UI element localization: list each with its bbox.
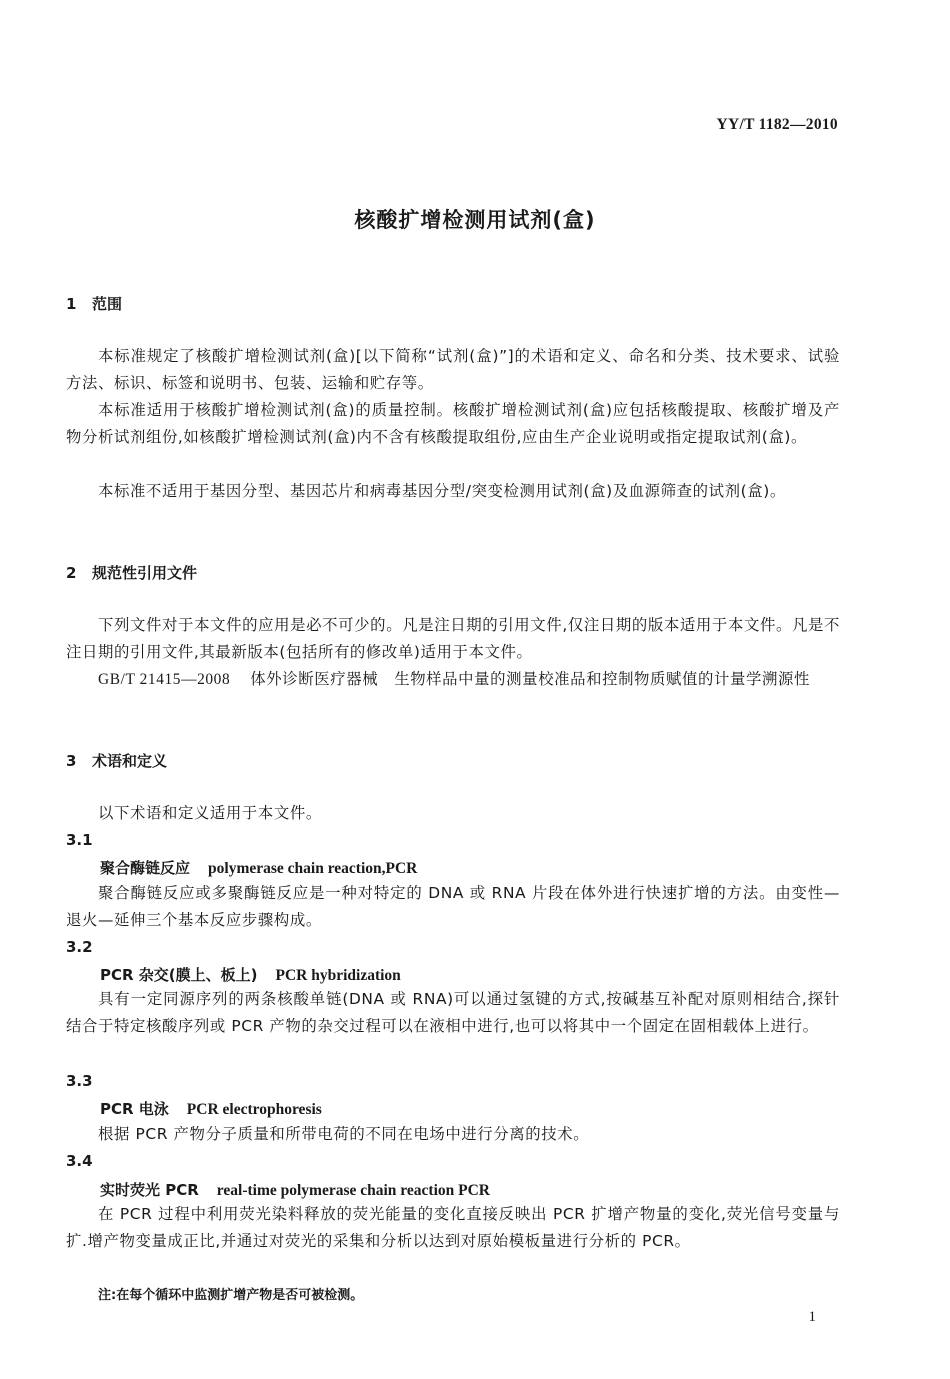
term-heading: 实时荧光 PCRreal-time polymerase chain react… — [66, 1179, 874, 1200]
document-title: 核酸扩增检测用试剂(盒) — [0, 204, 950, 234]
reference-code: GB/T 21415—2008 — [98, 671, 230, 688]
term-en: real-time polymerase chain reaction PCR — [217, 1182, 490, 1199]
term-heading: PCR 杂交(膜上、板上)PCR hybridization — [66, 964, 874, 985]
section-number: 2 — [66, 564, 92, 582]
scope-paragraph-3: 本标准不适用于基因分型、基因芯片和病毒基因分型/突变检测用试剂(盒)及血源筛查的… — [66, 478, 840, 505]
term-zh: PCR 杂交(膜上、板上) — [100, 966, 258, 984]
clause-number: 3.1 — [66, 831, 840, 849]
term-definition: 根据 PCR 产物分子质量和所带电荷的不同在电场中进行分离的技术。 — [66, 1121, 840, 1148]
terms-intro: 以下术语和定义适用于本文件。 — [66, 800, 840, 827]
section-2-heading: 2规范性引用文件 — [66, 562, 840, 583]
normative-references-paragraph: 下列文件对于本文件的应用是必不可少的。凡是注日期的引用文件,仅注日期的版本适用于… — [66, 612, 840, 666]
section-number: 1 — [66, 295, 92, 313]
term-zh: PCR 电泳 — [100, 1100, 169, 1118]
term-zh: 聚合酶链反应 — [100, 859, 190, 877]
section-title: 术语和定义 — [92, 752, 167, 770]
document-page: YY/T 1182—2010 核酸扩增检测用试剂(盒) 1范围 本标准规定了核酸… — [0, 0, 950, 1379]
section-1-heading: 1范围 — [66, 293, 840, 314]
term-en: PCR hybridization — [276, 967, 401, 984]
clause-number: 3.3 — [66, 1072, 840, 1090]
scope-paragraph-2: 本标准适用于核酸扩增检测试剂(盒)的质量控制。核酸扩增检测试剂(盒)应包括核酸提… — [66, 397, 840, 451]
section-3-heading: 3术语和定义 — [66, 750, 840, 771]
section-number: 3 — [66, 752, 92, 770]
term-definition: 聚合酶链反应或多聚酶链反应是一种对特定的 DNA 或 RNA 片段在体外进行快速… — [66, 880, 840, 934]
page-number: 1 — [809, 1309, 817, 1326]
term-zh: 实时荧光 PCR — [100, 1181, 199, 1199]
reference-title: 体外诊断医疗器械 生物样品中量的测量校准品和控制物质赋值的计量学溯源性 — [250, 670, 810, 688]
term-heading: PCR 电泳PCR electrophoresis — [66, 1098, 874, 1119]
term-en: polymerase chain reaction,PCR — [208, 860, 417, 877]
term-heading: 聚合酶链反应polymerase chain reaction,PCR — [66, 857, 874, 878]
term-definition: 在 PCR 过程中利用荧光染料释放的荧光能量的变化直接反映出 PCR 扩增产物量… — [66, 1201, 840, 1255]
clause-number: 3.4 — [66, 1152, 840, 1170]
term-definition: 具有一定同源序列的两条核酸单链(DNA 或 RNA)可以通过氢键的方式,按碱基互… — [66, 986, 840, 1040]
section-title: 规范性引用文件 — [92, 564, 197, 582]
reference-entry: GB/T 21415—2008体外诊断医疗器械 生物样品中量的测量校准品和控制物… — [66, 666, 840, 693]
section-title: 范围 — [92, 295, 122, 313]
term-en: PCR electrophoresis — [187, 1101, 322, 1118]
scope-paragraph-1: 本标准规定了核酸扩增检测试剂(盒)[以下简称“试剂(盒)”]的术语和定义、命名和… — [66, 343, 840, 397]
standard-code: YY/T 1182—2010 — [717, 116, 838, 134]
term-note: 注:在每个循环中监测扩增产物是否可被检测。 — [66, 1284, 872, 1303]
clause-number: 3.2 — [66, 938, 840, 956]
